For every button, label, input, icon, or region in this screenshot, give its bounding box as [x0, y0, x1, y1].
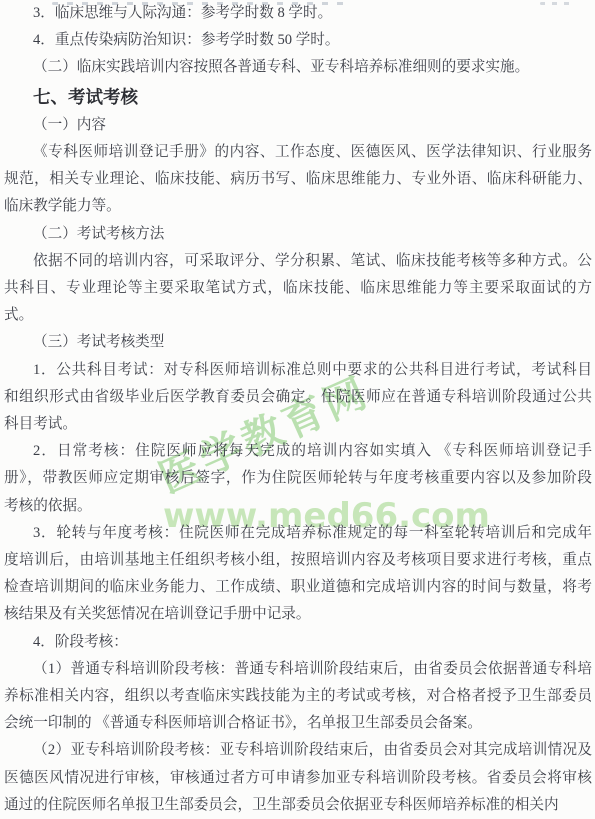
text-line: （二）临床实践培训内容按照各普通专科、亚专科培养标准细则的要求实施。	[4, 54, 592, 81]
paragraph: （2）亚专科培训阶段考核：亚专科培训阶段结束后，由省委员会对其完成培训情况及医德…	[4, 737, 592, 819]
text-line: 2．日常考核：住院医师应将每天完成的培训内容如实填入 《专科医师培训登记手	[4, 438, 592, 465]
paragraph: （二）考试考核方法	[4, 221, 592, 248]
paragraph: 1．公共科目考试：对专科医师培训标准总则中要求的公共科目进行考试，考试科目和组织…	[4, 357, 592, 439]
text-line: 临床教学能力等。	[4, 193, 592, 220]
text-line: 和组织形式由省级毕业后医学教育委员会确定。住院医师应在普通专科培训阶段通过公共	[4, 384, 592, 411]
paragraph: 3．临床思维与人际沟通：参考学时数 8 学时。	[4, 0, 592, 27]
text-line: 3．轮转与年度考核：住院医师在完成培养标准规定的每一科室轮转培训后和完成年	[4, 520, 592, 547]
document-page: 医学教育网 www.med66.com 3．临床思维与人际沟通：参考学时数 8 …	[0, 0, 595, 819]
text-line: （二）考试考核方法	[4, 221, 592, 248]
text-line: （一）内容	[4, 112, 592, 139]
text-line: 依据不同的培训内容，可采取评分、学分积累、笔试、临床技能考核等多种方式。公	[4, 248, 592, 275]
text-line: 式。	[4, 302, 592, 329]
text-line: 养标准相关内容，组织以考查临床实践技能为主的考试或考核，对合格者授予卫生部委员	[4, 683, 592, 710]
text-line: 七、考试考核	[4, 84, 592, 111]
text-line: （1）普通专科培训阶段考核：普通专科培训阶段结束后，由省委员会依据普通专科培	[4, 656, 592, 683]
paragraph: （1）普通专科培训阶段考核：普通专科培训阶段结束后，由省委员会依据普通专科培养标…	[4, 656, 592, 738]
paragraph: 2．日常考核：住院医师应将每天完成的培训内容如实填入 《专科医师培训登记手册》，…	[4, 438, 592, 520]
text-line: 检查培训期间的临床业务能力、工作成绩、职业道德和完成培训内容的时间与数量，将考	[4, 574, 592, 601]
text-line: 医德医风情况进行审核，审核通过者方可申请参加亚专科培训阶段考核。省委员会将审核	[4, 765, 592, 792]
paragraph: 《专科医师培训登记手册》的内容、工作态度、医德医风、医学法律知识、行业服务规范，…	[4, 139, 592, 221]
text-line: 3．临床思维与人际沟通：参考学时数 8 学时。	[4, 0, 592, 27]
text-line: 共科目、专业理论等主要采取笔试方式，临床技能、临床思维能力等主要采取面试的方	[4, 275, 592, 302]
paragraph: （三）考试考核类型	[4, 329, 592, 356]
paragraph: 依据不同的培训内容，可采取评分、学分积累、笔试、临床技能考核等多种方式。公共科目…	[4, 248, 592, 330]
text-line: 4．重点传染病防治知识：参考学时数 50 学时。	[4, 27, 592, 54]
text-line: 通过的住院医师名单报卫生部委员会，卫生部委员会依据亚专科医师培养标准的相关内	[4, 792, 592, 819]
section-heading: 七、考试考核	[4, 84, 592, 111]
text-line: 会统一印制的 《普通专科医师培训合格证书》，名单报卫生部委员会备案。	[4, 710, 592, 737]
text-line: 科目考试。	[4, 411, 592, 438]
document-content: 3．临床思维与人际沟通：参考学时数 8 学时。4．重点传染病防治知识：参考学时数…	[0, 0, 595, 819]
text-line: （2）亚专科培训阶段考核：亚专科培训阶段结束后，由省委员会对其完成培训情况及	[4, 737, 592, 764]
paragraph: （一）内容	[4, 112, 592, 139]
text-line: 1．公共科目考试：对专科医师培训标准总则中要求的公共科目进行考试，考试科目	[4, 357, 592, 384]
text-line: 度培训后，由培训基地主任组织考核小组，按照培训内容及考核项目要求进行考核，重点	[4, 547, 592, 574]
text-line: 规范，相关专业理论、临床技能、病历书写、临床思维能力、专业外语、临床科研能力、	[4, 166, 592, 193]
text-line: 4．阶段考核：	[4, 629, 592, 656]
text-line: 册》，带教医师应定期审核后签字，作为住院医师轮转与年度考核重要内容以及参加阶段	[4, 465, 592, 492]
text-line: 考核的依据。	[4, 493, 592, 520]
text-line: （三）考试考核类型	[4, 329, 592, 356]
text-line: 《专科医师培训登记手册》的内容、工作态度、医德医风、医学法律知识、行业服务	[4, 139, 592, 166]
paragraph: （二）临床实践培训内容按照各普通专科、亚专科培养标准细则的要求实施。	[4, 54, 592, 81]
paragraph: 4．重点传染病防治知识：参考学时数 50 学时。	[4, 27, 592, 54]
paragraph: 3．轮转与年度考核：住院医师在完成培养标准规定的每一科室轮转培训后和完成年度培训…	[4, 520, 592, 629]
text-line: 核结果及有关奖惩情况在培训登记手册中记录。	[4, 601, 592, 628]
paragraph: 4．阶段考核：	[4, 629, 592, 656]
